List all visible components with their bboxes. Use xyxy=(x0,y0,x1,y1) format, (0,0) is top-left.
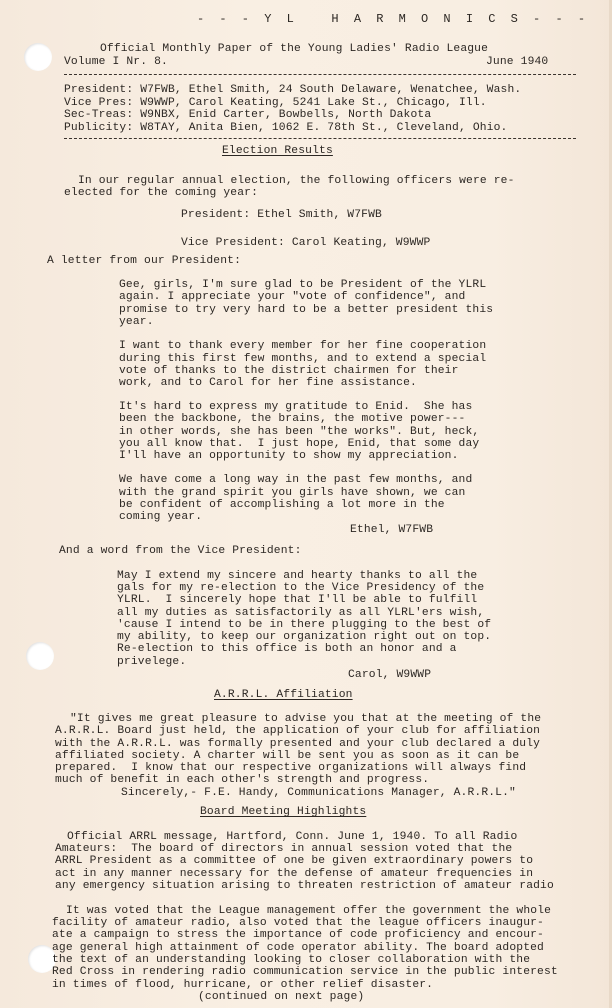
continued-note: (continued on next page) xyxy=(198,991,364,1003)
letter-line: promise to try very hard to be a better … xyxy=(119,304,493,316)
newsletter-title: - - - Y L H A R M O N I C S - - - xyxy=(197,13,589,25)
punch-hole-middle xyxy=(26,642,54,670)
board-line: facility of amateur radio, also voted th… xyxy=(52,917,544,929)
board-line: Official ARRL message, Hartford, Conn. J… xyxy=(67,831,517,843)
letter-line: I'll have an opportunity to show my appr… xyxy=(119,450,459,462)
officer-vice-president: Vice Pres: W9WWP, Carol Keating, 5241 La… xyxy=(64,97,487,109)
punch-hole-top xyxy=(24,43,52,71)
letter-line: my ability, to keep our organization rig… xyxy=(117,631,491,643)
affiliation-line: affiliated society. A charter will be se… xyxy=(55,750,519,762)
letter-line: 'cause I intend to be in there plugging … xyxy=(117,619,491,631)
officer-publicity: Publicity: W8TAY, Anita Bien, 1062 E. 78… xyxy=(64,122,507,134)
heading-arrl-affiliation: A.R.R.L. Affiliation xyxy=(214,689,353,701)
president-letter-intro: A letter from our President: xyxy=(47,255,241,267)
board-line: Amateurs: The board of directors in annu… xyxy=(55,843,512,855)
letter-line: YLRL. I sincerely hope that I'll be able… xyxy=(117,594,477,606)
officer-president: President: W7FWB, Ethel Smith, 24 South … xyxy=(64,84,521,96)
board-line: age general high attainment of code oper… xyxy=(52,942,544,954)
affiliation-line: much of benefit in each other's strength… xyxy=(55,774,429,786)
letter-line: I want to thank every member for her fin… xyxy=(119,340,486,352)
vice-president-letter-intro: And a word from the Vice President: xyxy=(59,545,302,557)
letter-line: year. xyxy=(119,316,154,328)
officer-secretary-treasurer: Sec-Treas: W9NBX, Enid Carter, Bowbells,… xyxy=(64,109,431,121)
letter-line: work, and to Carol for her fine assistan… xyxy=(119,377,417,389)
board-line: the text of an understanding looking to … xyxy=(52,954,530,966)
document-page: - - - Y L H A R M O N I C S - - - Offici… xyxy=(0,0,612,1008)
newsletter-subtitle: Official Monthly Paper of the Young Ladi… xyxy=(100,43,488,55)
letter-line: again. I appreciate your "vote of confid… xyxy=(119,291,465,303)
board-line: any emergency situation arising to threa… xyxy=(55,880,554,892)
letter-line: you all know that. I just hope, Enid, th… xyxy=(119,438,479,450)
divider-bottom xyxy=(64,138,576,139)
board-line: It was voted that the League management … xyxy=(66,905,551,917)
letter-line: Gee, girls, I'm sure glad to be Presiden… xyxy=(119,279,486,291)
letter-line: all my duties as satisfactorily as all Y… xyxy=(117,607,484,619)
election-intro-line-2: elected for the coming year: xyxy=(64,187,258,199)
heading-election-results: Election Results xyxy=(222,145,333,157)
vice-president-signature: Carol, W9WWP xyxy=(348,669,431,681)
elected-vice-president: Vice President: Carol Keating, W9WWP xyxy=(181,237,430,249)
letter-line: in other words, she has been "the works"… xyxy=(119,426,479,438)
letter-line: gals for my re-election to the Vice Pres… xyxy=(117,582,484,594)
board-line: act in any manner necessary for the defe… xyxy=(55,868,533,880)
board-line: Red Cross in rendering radio communicati… xyxy=(52,966,558,978)
letter-line: be confident of accomplishing a lot more… xyxy=(119,499,445,511)
affiliation-line: prepared. I know that our respective org… xyxy=(55,762,526,774)
letter-line: coming year. xyxy=(119,511,202,523)
letter-line: during this first few months, and to ext… xyxy=(119,353,486,365)
board-line: in times of flood, hurricane, or other r… xyxy=(52,979,433,991)
letter-line: with the grand spirit you girls have sho… xyxy=(119,487,465,499)
elected-president: President: Ethel Smith, W7FWB xyxy=(181,209,382,221)
affiliation-line: with the A.R.R.L. was formally presented… xyxy=(55,738,540,750)
letter-line: been the backbone, the brains, the motiv… xyxy=(119,413,465,425)
issue-date: June 1940 xyxy=(486,56,548,68)
heading-board-meeting-highlights: Board Meeting Highlights xyxy=(200,806,366,818)
letter-line: May I extend my sincere and hearty thank… xyxy=(117,570,477,582)
letter-line: We have come a long way in the past few … xyxy=(119,474,472,486)
affiliation-signature: Sincerely,- F.E. Handy, Communications M… xyxy=(121,787,516,799)
volume-number: Volume I Nr. 8. xyxy=(64,56,168,68)
letter-line: It's hard to express my gratitude to Eni… xyxy=(119,401,472,413)
affiliation-line: A.R.R.L. Board just held, the applicatio… xyxy=(55,725,540,737)
affiliation-line: "It gives me great pleasure to advise yo… xyxy=(70,713,541,725)
letter-line: Re-election to this office is both an ho… xyxy=(117,643,457,655)
board-line: ate a campaign to stress the importance … xyxy=(52,929,544,941)
election-intro-line-1: In our regular annual election, the foll… xyxy=(78,175,515,187)
divider-top xyxy=(64,74,576,75)
letter-line: privelege. xyxy=(117,656,186,668)
president-signature: Ethel, W7FWB xyxy=(350,524,433,536)
board-line: ARRL President as a committee of one be … xyxy=(55,855,533,867)
letter-line: vote of thanks to the district chairmen … xyxy=(119,365,459,377)
